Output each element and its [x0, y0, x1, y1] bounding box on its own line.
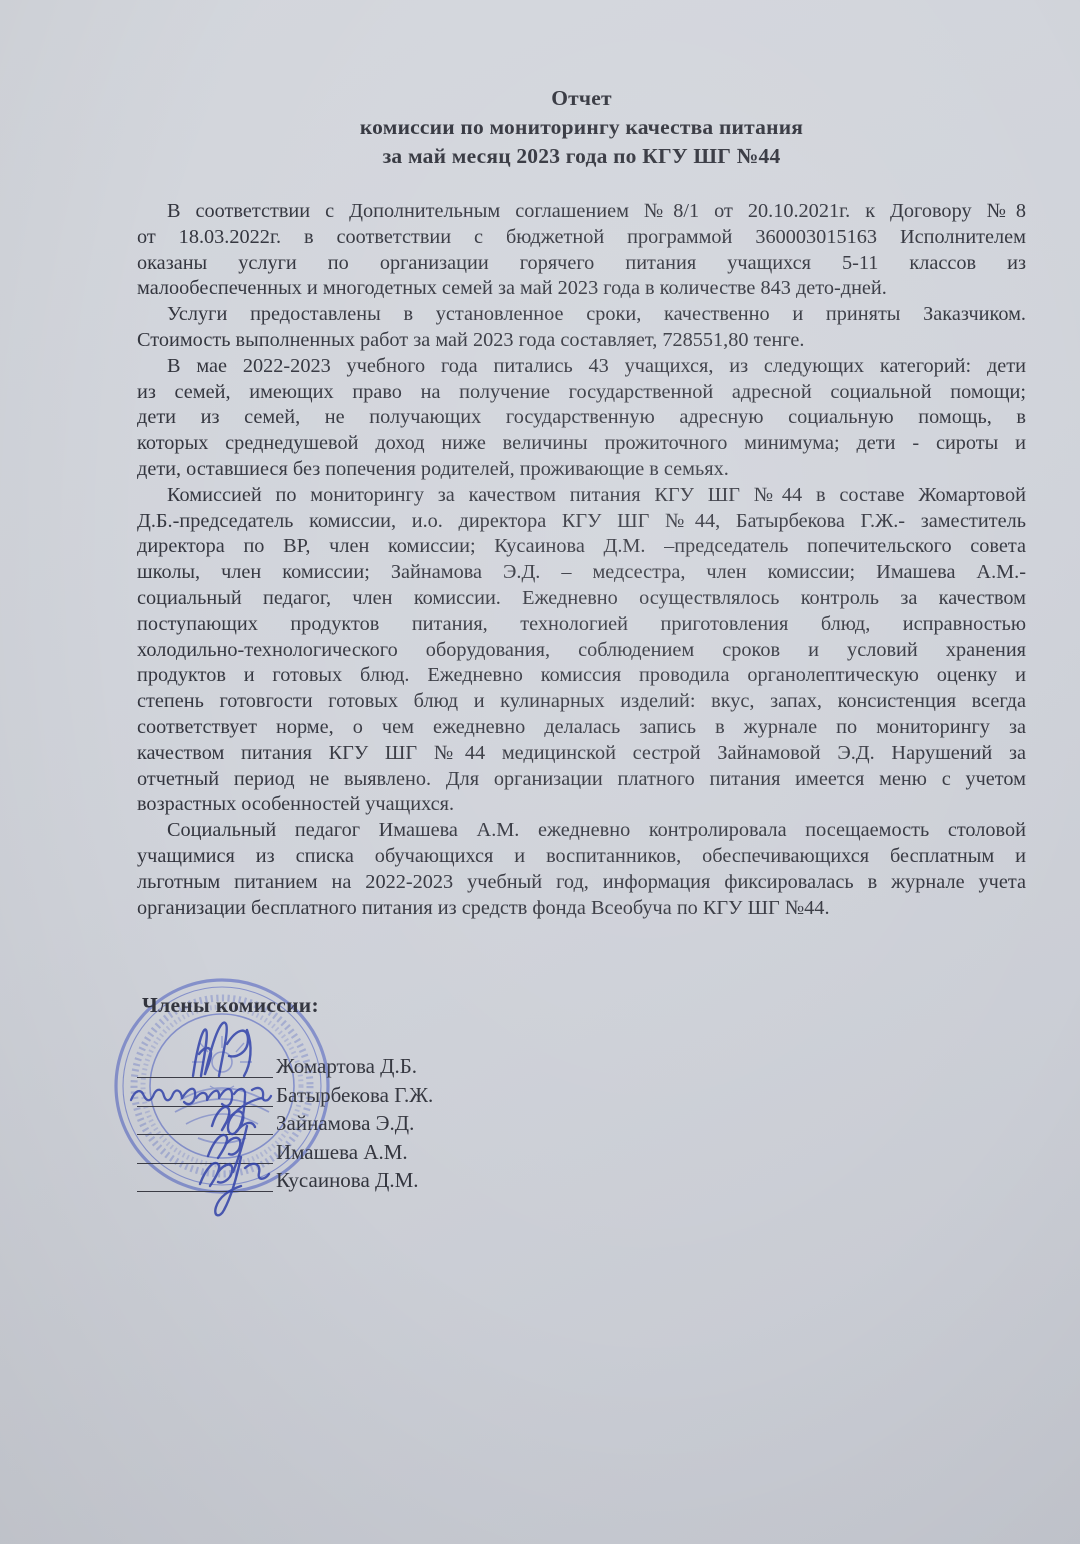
- paragraph-line: дети из семей, не получающих государстве…: [137, 405, 1026, 431]
- signature-line: [137, 1086, 273, 1107]
- paragraph-line: Стоимость выполненных работ за май 2023 …: [137, 328, 1026, 354]
- commission-signature-list: Жомартова Д.Б. Батырбекова Г.Ж. Зайнамов…: [137, 1050, 433, 1192]
- commission-member-name: Зайнамова Э.Д.: [276, 1112, 414, 1135]
- commission-member-name: Имашева А.М.: [276, 1141, 408, 1164]
- commission-member-name: Кусаинова Д.М.: [276, 1169, 419, 1192]
- document-body: В соответствии с Дополнительным соглашен…: [137, 199, 1026, 921]
- paragraph-line: Д.Б.-председатель комиссии, и.о. директо…: [137, 509, 1026, 535]
- paragraph-line: от 18.03.2022г. в соответствии с бюджетн…: [137, 225, 1026, 251]
- paragraph-line: В мае 2022-2023 учебного года питались 4…: [137, 354, 1026, 380]
- signature-line: [137, 1057, 273, 1078]
- paragraph-line: Комиссией по мониторингу за качеством пи…: [137, 483, 1026, 509]
- paragraph-line: учащимися из списка обучающихся и воспит…: [137, 844, 1026, 870]
- signature-row: Имашева А.М.: [137, 1135, 433, 1163]
- signature-line: [137, 1114, 273, 1135]
- scanned-report-page: Отчет комиссии по мониторингу качества п…: [0, 0, 1080, 1544]
- paragraph-line: возрастных особенностей учащихся.: [137, 792, 1026, 818]
- paragraph-line: которых среднедушевой доход ниже величин…: [137, 431, 1026, 457]
- paragraph-line: поступающих продуктов питания, технологи…: [137, 612, 1026, 638]
- paragraph-line: отчетный период не выявлено. Для организ…: [137, 767, 1026, 793]
- title-line: Отчет: [137, 84, 1026, 113]
- commission-member-name: Батырбекова Г.Ж.: [276, 1084, 433, 1107]
- signature-row: Зайнамова Э.Д.: [137, 1107, 433, 1135]
- paragraph-line: степень готовгости готовых блюд и кулина…: [137, 689, 1026, 715]
- paragraph-line: продуктов и готовых блюд. Ежедневно коми…: [137, 663, 1026, 689]
- paragraph-line: Социальный педагог Имашева А.М. ежедневн…: [137, 818, 1026, 844]
- paragraph-line: дети, оставшиеся без попечения родителей…: [137, 457, 1026, 483]
- paragraph-line: директора по ВР, член комиссии; Кусаинов…: [137, 534, 1026, 560]
- paragraph-line: из семей, имеющих право на получение гос…: [137, 380, 1026, 406]
- paragraph-line: школы, член комиссии; Зайнамова Э.Д. – м…: [137, 560, 1026, 586]
- paragraph-line: льготным питанием на 2022-2023 учебный г…: [137, 870, 1026, 896]
- paragraph-line: качеством питания КГУ ШГ №44 медицинской…: [137, 741, 1026, 767]
- title-line: комиссии по мониторингу качества питания: [137, 113, 1026, 142]
- commission-member-name: Жомартова Д.Б.: [276, 1055, 417, 1078]
- signature-row: Батырбекова Г.Ж.: [137, 1078, 433, 1106]
- paragraph-line: холодильно-технологического оборудования…: [137, 638, 1026, 664]
- paragraph-line: В соответствии с Дополнительным соглашен…: [137, 199, 1026, 225]
- signature-line: [137, 1171, 273, 1192]
- paragraph-line: малообеспеченных и многодетных семей за …: [137, 276, 1026, 302]
- paragraph-line: оказаны услуги по организации горячего п…: [137, 251, 1026, 277]
- document-title: Отчет комиссии по мониторингу качества п…: [137, 84, 1026, 171]
- signature-row: Кусаинова Д.М.: [137, 1164, 433, 1192]
- signature-row: Жомартова Д.Б.: [137, 1050, 433, 1078]
- paragraph-line: социальный педагог, член комиссии. Ежедн…: [137, 586, 1026, 612]
- commission-heading: Члены комиссии:: [142, 993, 319, 1018]
- signature-line: [137, 1143, 273, 1164]
- paragraph-line: соответствует норме, о чем ежедневно дел…: [137, 715, 1026, 741]
- paragraph-line: Услуги предоставлены в установленное сро…: [137, 302, 1026, 328]
- paragraph-line: организации бесплатного питания из средс…: [137, 896, 1026, 922]
- title-line: за май месяц 2023 года по КГУ ШГ №44: [137, 142, 1026, 171]
